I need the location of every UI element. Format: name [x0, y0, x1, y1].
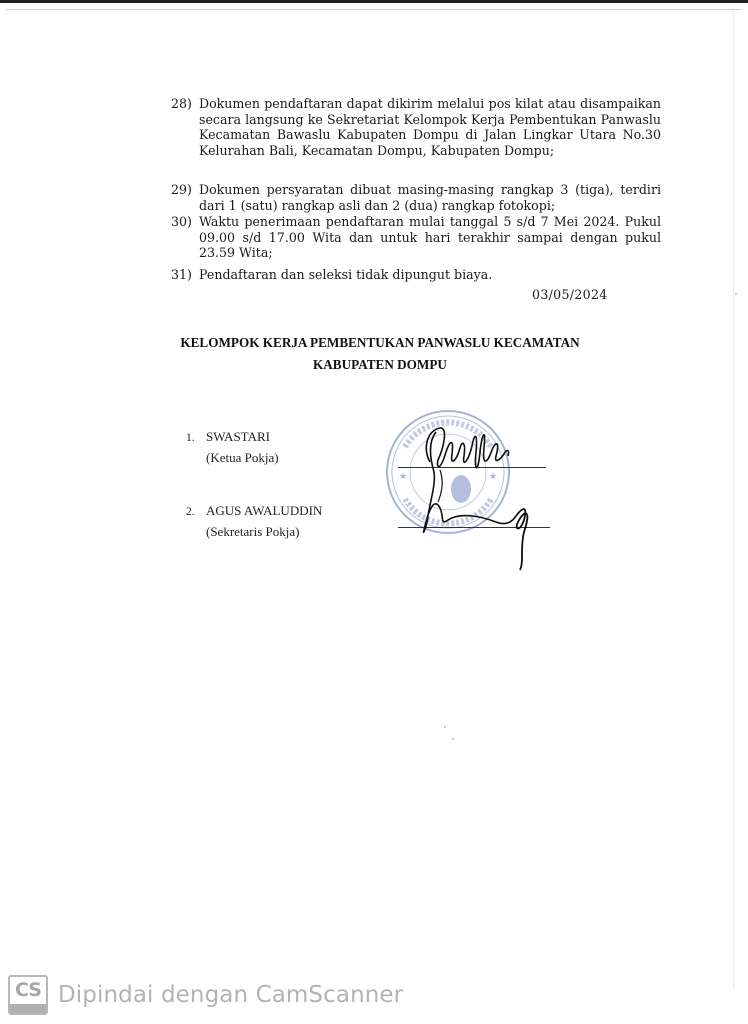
camscanner-watermark: CS Dipindai dengan CamScanner: [8, 975, 403, 1015]
signatory-role: (Sekretaris Pokja): [206, 522, 322, 542]
scan-speck: [444, 726, 446, 728]
signatory-number: 1.: [186, 428, 206, 448]
organization-subheading: KABUPATEN DOMPU: [100, 357, 660, 373]
handwritten-signature-icon: [400, 412, 560, 577]
item-number: 30): [171, 214, 192, 230]
scan-speck: [452, 738, 454, 740]
item-number: 31): [171, 267, 192, 283]
signatory: 2.AGUS AWALUDDIN (Sekretaris Pokja): [186, 501, 322, 542]
organization-heading: KELOMPOK KERJA PEMBENTUKAN PANWASLU KECA…: [100, 335, 660, 351]
item-text: Dokumen pendaftaran dapat dikirim melalu…: [199, 96, 661, 158]
signatory-name: AGUS AWALUDDIN: [206, 503, 322, 518]
signatory-number: 2.: [186, 502, 206, 522]
signatory: 1.SWASTARI (Ketua Pokja): [186, 427, 279, 468]
watermark-label: Dipindai dengan CamScanner: [58, 982, 403, 1008]
list-item: 30) Waktu penerimaan pendaftaran mulai t…: [171, 214, 661, 261]
signatory-name: SWASTARI: [206, 429, 270, 444]
list-item: 29) Dokumen persyaratan dibuat masing-ma…: [171, 182, 661, 213]
item-number: 28): [171, 96, 192, 112]
page-border-top: [6, 9, 742, 10]
scan-speck: [735, 293, 737, 295]
scan-top-edge: [0, 0, 748, 3]
signatory-role: (Ketua Pokja): [206, 448, 279, 468]
item-number: 29): [171, 182, 192, 198]
item-text: Dokumen persyaratan dibuat masing-masing…: [199, 182, 661, 213]
item-text: Pendaftaran dan seleksi tidak dipungut b…: [199, 267, 661, 283]
item-text: Waktu penerimaan pendaftaran mulai tangg…: [199, 214, 661, 261]
camscanner-logo-icon: CS: [8, 975, 48, 1015]
list-item: 31) Pendaftaran dan seleksi tidak dipung…: [171, 267, 661, 283]
list-item: 28) Dokumen pendaftaran dapat dikirim me…: [171, 96, 661, 158]
document-date: 03/05/2024: [532, 287, 608, 302]
page-border-right: [733, 10, 734, 990]
